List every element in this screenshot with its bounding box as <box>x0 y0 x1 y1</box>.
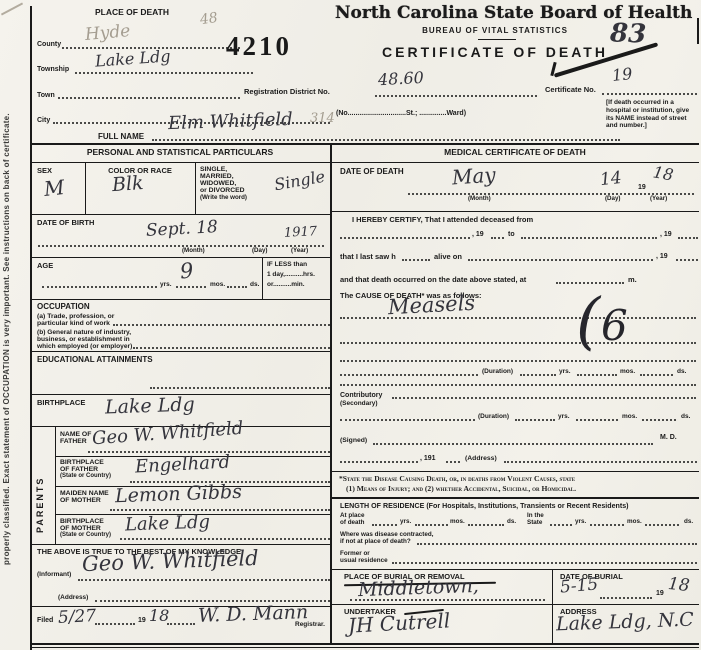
res-mos-1: mos. <box>450 519 465 526</box>
informant-signature-handwritten: Geo W. Whitfield <box>82 547 259 576</box>
dod-month-caption: (Month) <box>468 196 491 203</box>
mother-birthplace-line <box>120 538 330 540</box>
cell-divider <box>85 163 86 214</box>
city-label: City <box>37 117 50 125</box>
town-label: Town <box>37 92 55 100</box>
dod-year-handwritten: 18 <box>652 163 675 184</box>
last-saw-prefix: that I last saw h <box>340 253 396 261</box>
secondary-label: (Secondary) <box>340 400 378 407</box>
rule <box>30 257 330 258</box>
registrar-label: Registrar. <box>295 621 325 628</box>
age-handwritten: 9 <box>179 259 194 283</box>
birthplace-handwritten: Lake Ldg <box>105 394 195 418</box>
sex-handwritten: M <box>43 177 66 201</box>
death-occurred-text: and that death occurred on the date abov… <box>340 276 526 284</box>
pen-mark-6-handwritten: 6 <box>601 303 628 348</box>
duration-line-d <box>640 374 673 376</box>
res-line-c <box>468 524 504 526</box>
age-mos-caption: mos. <box>210 281 225 288</box>
township-line <box>75 72 253 74</box>
burial-date-handwritten: 5-15 <box>559 575 599 597</box>
dob-day-caption: (Day) <box>252 248 267 255</box>
form-bottom-border <box>30 643 699 645</box>
footnote-line-1: *State the Disease Causing Death, or, in… <box>339 475 575 483</box>
burial-year-handwritten: 18 <box>667 575 690 596</box>
former-label-2: usual residence <box>340 558 388 565</box>
dob-year-caption: (Year) <box>291 248 308 255</box>
age-ds-line <box>227 286 247 288</box>
certify-line1-c <box>521 237 657 239</box>
rule <box>30 351 330 352</box>
cause-line-1 <box>340 317 696 319</box>
dob-month-caption: (Month) <box>182 248 205 255</box>
occupation-a-line2: particular kind of work <box>37 320 110 327</box>
page-number-handwritten: 83 <box>610 19 647 48</box>
registration-district-handwritten: 48.60 <box>378 69 425 89</box>
duration2-mos-caption: mos. <box>622 413 637 420</box>
place-of-death-title: PLACE OF DEATH <box>62 8 202 17</box>
certificate-no-label: Certificate No. <box>545 86 596 94</box>
filed-line-1 <box>95 623 135 625</box>
occupation-b-line3: which employed (or employer) <box>37 343 132 350</box>
rule <box>332 569 699 570</box>
hospital-note: [If death occurred in a hospital or inst… <box>606 99 698 130</box>
registrar-signature-handwritten: W. D. Mann <box>198 602 309 626</box>
res-yrs-1: yrs. <box>400 519 411 526</box>
burial-date-line <box>600 597 652 599</box>
duration2-line-d <box>642 419 676 421</box>
certificate-no-handwritten: 19 <box>611 65 633 84</box>
registration-district-line <box>375 95 537 97</box>
last-saw-line-a <box>402 259 430 261</box>
res-line-a <box>372 524 397 526</box>
last-saw-line-b <box>468 259 653 261</box>
age-mos-line <box>176 286 206 288</box>
bureau-underline <box>478 39 516 40</box>
township-label: Township <box>37 66 69 74</box>
res-ds-2: ds. <box>684 519 693 526</box>
mother-name-label-2: OF MOTHER <box>60 497 101 504</box>
date191-line-b <box>446 461 460 463</box>
res-ds-1: ds. <box>507 519 516 526</box>
county-pencil-number: 48 <box>199 11 219 28</box>
dod-month-handwritten: May <box>451 165 496 190</box>
rule <box>332 497 699 499</box>
date191-line-a <box>340 461 418 463</box>
dob-line <box>38 245 324 247</box>
res-line-e <box>590 524 624 526</box>
if-less-line3: or..........min. <box>267 281 305 288</box>
at-place-label-2: of death <box>340 520 365 527</box>
certify-text: I HEREBY CERTIFY, That I attended deceas… <box>352 216 533 224</box>
dod-year-prefix: 19 <box>638 184 646 192</box>
if-less-line2: 1 day,..........hrs. <box>267 271 315 278</box>
date-of-death-label: DATE OF DEATH <box>340 168 404 177</box>
occupation-a-line <box>113 324 330 326</box>
date191-line-c <box>504 461 697 463</box>
undertaker-address-handwritten: Lake Ldg, N.C <box>556 610 694 635</box>
certificate-title: CERTIFICATE OF DEATH <box>345 45 645 60</box>
certificate-no-line <box>602 93 697 95</box>
certify-19-a: , 19 <box>472 231 484 239</box>
burial-year-prefix: 19 <box>656 590 664 598</box>
mother-birthplace-handwritten: Lake Ldg <box>125 513 211 535</box>
burial-cell-divider <box>552 569 553 644</box>
cause-line-2 <box>340 342 696 344</box>
father-name-handwritten: Geo W. Whitfield <box>92 419 244 449</box>
full-name-label: FULL NAME <box>98 133 144 142</box>
rule <box>30 162 330 163</box>
footnote-line-2: (1) Means of Injury; and (2) whether Acc… <box>346 485 576 493</box>
burial-place-line <box>350 599 545 601</box>
county-handwritten: Hyde <box>84 22 131 44</box>
rule <box>30 544 330 545</box>
filed-year-handwritten: 18 <box>149 607 169 624</box>
informant-address-label: (Address) <box>58 594 88 601</box>
corner-pencil-mark <box>1 2 23 15</box>
certify-19-b: , 19 <box>660 231 672 239</box>
registration-district-label: Registration District No. <box>244 88 330 96</box>
age-yrs-caption: yrs. <box>160 281 172 288</box>
cell-divider <box>195 163 196 214</box>
rule <box>332 604 699 605</box>
form-left-border <box>30 6 32 650</box>
last-saw-19: , 19 <box>656 253 668 261</box>
margin-instructions-note: properly classified. Exact statement of … <box>3 95 12 565</box>
cause-line-3 <box>340 360 696 362</box>
filed-date-handwritten: 5/27 <box>58 607 97 627</box>
town-line <box>58 97 240 99</box>
dob-year-handwritten: 1917 <box>284 225 318 241</box>
parents-strip-divider <box>55 427 56 544</box>
dod-day-handwritten: 14 <box>599 169 622 190</box>
occupation-label: OCCUPATION <box>37 303 90 312</box>
informant-line <box>78 579 330 581</box>
form-bottom-border-2 <box>30 647 699 648</box>
res-mos-2: mos. <box>627 519 642 526</box>
mother-name-handwritten: Lemon Gibbs <box>115 482 243 507</box>
parents-vertical-label: PARENTS <box>36 443 46 533</box>
full-name-handwritten: Elm Whitfield <box>168 110 293 134</box>
rule <box>332 471 699 472</box>
death-occurred-m: m. <box>628 276 637 284</box>
res-yrs-2: yrs. <box>575 519 586 526</box>
duration-line-b <box>520 374 556 376</box>
filed-line-2 <box>167 623 195 625</box>
rule <box>30 299 330 300</box>
contracted-label-2: if not at place of death? <box>340 539 411 546</box>
date-of-birth-label: DATE OF BIRTH <box>37 219 94 227</box>
rule <box>332 162 699 163</box>
signed-line <box>373 443 653 445</box>
md-label: M. D. <box>660 434 677 442</box>
father-birthplace-handwritten: Engelhard <box>135 453 231 477</box>
if-less-line1: IF LESS than <box>267 261 307 268</box>
date-191-label: , 191 <box>420 455 436 463</box>
duration2-ds-caption: ds. <box>681 413 690 420</box>
duration-line-c <box>577 374 617 376</box>
filed-label: Filed <box>37 617 53 625</box>
duration-caption: (Duration) <box>482 368 513 375</box>
stamp-number: 4210 <box>226 32 292 61</box>
duration2-yrs-caption: yrs. <box>558 413 570 420</box>
duration2-line-b <box>515 419 555 421</box>
pen-mark-paren: ( <box>576 288 600 355</box>
sex-label: SEX <box>37 167 52 175</box>
duration-yrs-caption: yrs. <box>559 368 571 375</box>
age-label: AGE <box>37 262 53 270</box>
alive-on-label: alive on <box>434 253 462 261</box>
certify-line1-a <box>340 237 470 239</box>
informant-label: (Informant) <box>37 571 71 578</box>
duration-ds-caption: ds. <box>677 368 686 375</box>
certify-line1-b <box>491 237 504 239</box>
filed-year-prefix: 19 <box>138 617 146 625</box>
full-name-pencil-number: 314 <box>310 112 335 126</box>
res-line-b <box>415 524 448 526</box>
age-yrs-line <box>42 286 157 288</box>
education-blank-line <box>150 387 330 389</box>
rule <box>332 211 699 212</box>
certify-line1-d <box>678 237 698 239</box>
right-edge-mark <box>697 18 699 44</box>
duration2-caption: (Duration) <box>478 413 509 420</box>
header-divider-line <box>30 143 699 145</box>
burial-place-handwritten: Middletown, <box>358 576 479 601</box>
former-line <box>392 562 697 564</box>
duration2-line-c <box>576 419 618 421</box>
duration-mos-caption: mos. <box>620 368 635 375</box>
full-name-line <box>152 139 620 141</box>
color-race-handwritten: Blk <box>111 173 144 196</box>
birthplace-label: BIRTHPLACE <box>37 399 85 407</box>
contracted-line <box>417 543 697 545</box>
residence-section-title: LENGTH OF RESIDENCE (For Hospitals, Inst… <box>340 503 629 511</box>
county-label: County <box>37 41 61 49</box>
dod-day-caption: (Day) <box>605 196 620 203</box>
father-name-label-2: FATHER <box>60 438 87 445</box>
township-handwritten: Lake Ldg <box>94 47 171 69</box>
certify-to-label: to <box>508 231 515 239</box>
mother-birthplace-state-note: (State or Country) <box>60 532 111 538</box>
undertaker-signature-handwritten: JH Cutrell <box>348 610 451 637</box>
md-address-label: (Address) <box>465 455 497 462</box>
marital-write-word-note: (Write the word) <box>200 195 247 202</box>
in-the-label-2: State <box>527 520 542 527</box>
res-line-f <box>645 524 679 526</box>
contributory-line <box>392 397 696 399</box>
cause-line-4 <box>340 384 696 386</box>
death-certificate-scan: properly classified. Exact statement of … <box>0 0 701 650</box>
personal-section-title: PERSONAL AND STATISTICAL PARTICULARS <box>32 148 328 157</box>
dob-handwritten: Sept. 18 <box>146 218 219 240</box>
occupation-b-line <box>133 347 330 349</box>
last-saw-line-c <box>676 259 698 261</box>
street-ward-note: (No..............................St.; ..… <box>336 110 466 118</box>
mother-name-line <box>110 509 330 511</box>
father-birthplace-state-note: (State or Country) <box>60 473 111 479</box>
education-label: EDUCATIONAL ATTAINMENTS <box>37 356 153 365</box>
rule <box>30 214 330 215</box>
age-ds-caption: ds. <box>250 281 259 288</box>
cause-of-death-handwritten: Measels <box>387 292 475 319</box>
bureau-subtitle: BUREAU OF VITAL STATISTICS <box>335 27 655 36</box>
duration2-line-a <box>340 419 475 421</box>
board-title: North Carolina State Board of Health <box>335 4 655 22</box>
marital-handwritten: Single <box>273 168 326 194</box>
contributory-label: Contributory <box>340 392 382 400</box>
signed-label: (Signed) <box>340 437 367 444</box>
cell-divider <box>262 258 263 299</box>
medical-section-title: MEDICAL CERTIFICATE OF DEATH <box>332 148 698 157</box>
duration-line-a <box>340 374 478 376</box>
res-line-d <box>550 524 572 526</box>
dod-year-caption: (Year) <box>650 196 667 203</box>
